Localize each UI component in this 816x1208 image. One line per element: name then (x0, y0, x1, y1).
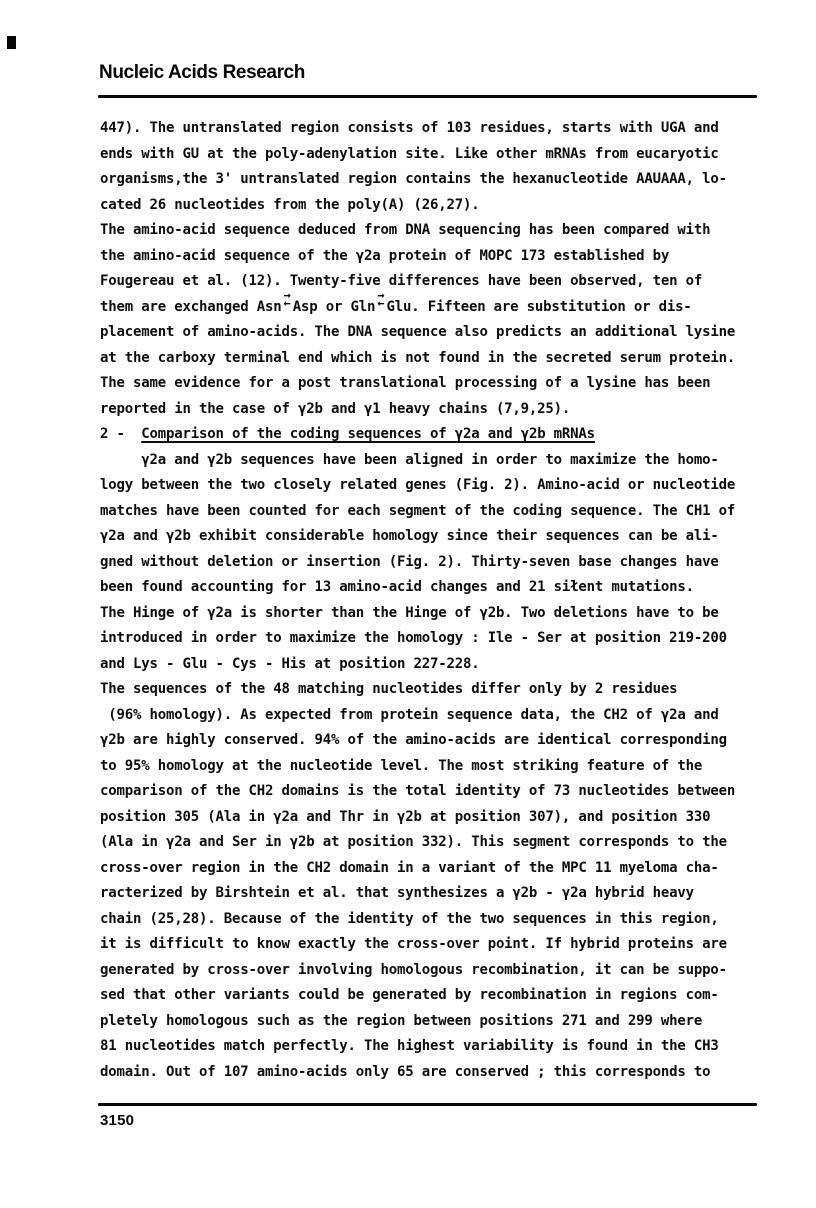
section-heading-title: Comparison of the coding sequences of γ2… (141, 426, 595, 442)
text-segment: organisms,the 3' untranslated region con… (100, 171, 727, 187)
text-segment: comparison of the CH2 domains is the tot… (100, 783, 735, 799)
text-line: the amino-acid sequence of the γ2a prote… (100, 244, 780, 270)
text-segment: matches have been counted for each segme… (100, 503, 735, 519)
text-line: sed that other variants could be generat… (100, 983, 780, 1009)
text-segment: cross-over region in the CH2 domain in a… (100, 860, 719, 876)
text-line: 81 nucleotides match perfectly. The high… (100, 1034, 780, 1060)
text-segment: it is difficult to know exactly the cros… (100, 936, 727, 952)
text-segment: γ2b are highly conserved. 94% of the ami… (100, 732, 727, 748)
text-segment: reported in the case of γ2b and γ1 heavy… (100, 401, 570, 417)
header-rule (98, 95, 757, 98)
text-segment: 81 nucleotides match perfectly. The high… (100, 1038, 719, 1054)
text-segment: 2 - (100, 426, 141, 442)
text-line: reported in the case of γ2b and γ1 heavy… (100, 397, 780, 423)
text-segment: The amino-acid sequence deduced from DNA… (100, 222, 710, 238)
text-line: logy between the two closely related gen… (100, 473, 780, 499)
text-segment: The sequences of the 48 matching nucleot… (100, 681, 677, 697)
text-segment: γ2a and γ2b exhibit considerable homolog… (100, 528, 719, 544)
text-line: 447). The untranslated region consists o… (100, 116, 780, 142)
body-text: 447). The untranslated region consists o… (100, 116, 780, 1085)
text-segment: Glu. Fifteen are substitution or dis- (386, 299, 691, 315)
text-segment: placement of amino-acids. The DNA sequen… (100, 324, 735, 340)
text-segment: ends with GU at the poly-adenylation sit… (100, 146, 719, 162)
text-line: to 95% homology at the nucleotide level.… (100, 754, 780, 780)
page-number: 3150 (100, 1112, 134, 1129)
text-segment: γ2a and γ2b sequences have been aligned … (100, 452, 719, 468)
text-line: racterized by Birshtein et al. that synt… (100, 881, 780, 907)
text-segment: to 95% homology at the nucleotide level.… (100, 758, 702, 774)
text-line: pletely homologous such as the region be… (100, 1009, 780, 1035)
text-line: γ2a and γ2b exhibit considerable homolog… (100, 524, 780, 550)
text-line: ends with GU at the poly-adenylation sit… (100, 142, 780, 168)
text-segment: (96% homology). As expected from protein… (100, 707, 719, 723)
text-segment: Fougereau et al. (12). Twenty-five diffe… (100, 273, 702, 289)
text-line: placement of amino-acids. The DNA sequen… (100, 320, 780, 346)
text-line: γ2a and γ2b sequences have been aligned … (100, 448, 780, 474)
text-segment: the amino-acid sequence of the γ2a prote… (100, 248, 669, 264)
text-line: The sequences of the 48 matching nucleot… (100, 677, 780, 703)
text-segment: position 305 (Ala in γ2a and Thr in γ2b … (100, 809, 710, 825)
text-line: cated 26 nucleotides from the poly(A) (2… (100, 193, 780, 219)
text-segment: chain (25,28). Because of the identity o… (100, 911, 719, 927)
text-line: The amino-acid sequence deduced from DNA… (100, 218, 780, 244)
text-line: organisms,the 3' untranslated region con… (100, 167, 780, 193)
text-segment: logy between the two closely related gen… (100, 477, 735, 493)
text-line: Fougereau et al. (12). Twenty-five diffe… (100, 269, 780, 295)
footer-rule (98, 1103, 757, 1106)
text-segment: been found accounting for 13 amino-acid … (100, 579, 694, 595)
exchange-arrows-icon: →← (283, 291, 290, 307)
text-segment: sed that other variants could be generat… (100, 987, 719, 1003)
journal-title: Nucleic Acids Research (99, 62, 305, 84)
text-segment: (Ala in γ2a and Ser in γ2b at position 3… (100, 834, 727, 850)
text-segment: pletely homologous such as the region be… (100, 1013, 702, 1029)
text-line: chain (25,28). Because of the identity o… (100, 907, 780, 933)
text-line: them are exchanged Asn→←Asp or Gln→←Glu.… (100, 295, 780, 321)
text-segment: Asp or Gln (293, 299, 376, 315)
text-line: cross-over region in the CH2 domain in a… (100, 856, 780, 882)
text-line: and Lys - Glu - Cys - His at position 22… (100, 652, 780, 678)
text-line: it is difficult to know exactly the cros… (100, 932, 780, 958)
text-segment: cated 26 nucleotides from the poly(A) (2… (100, 197, 479, 213)
text-line: γ2b are highly conserved. 94% of the ami… (100, 728, 780, 754)
text-segment: racterized by Birshtein et al. that synt… (100, 885, 694, 901)
text-line: comparison of the CH2 domains is the tot… (100, 779, 780, 805)
text-line: domain. Out of 107 amino-acids only 65 a… (100, 1060, 780, 1086)
text-line: The same evidence for a post translation… (100, 371, 780, 397)
text-line: at the carboxy terminal end which is not… (100, 346, 780, 372)
text-segment: The Hinge of γ2a is shorter than the Hin… (100, 605, 719, 621)
text-line: been found accounting for 13 amino-acid … (100, 575, 780, 601)
text-segment: gned without deletion or insertion (Fig.… (100, 554, 719, 570)
text-segment: at the carboxy terminal end which is not… (100, 350, 735, 366)
text-line: generated by cross-over involving homolo… (100, 958, 780, 984)
text-segment: domain. Out of 107 amino-acids only 65 a… (100, 1064, 710, 1080)
text-segment: them are exchanged Asn (100, 299, 281, 315)
text-segment: introduced in order to maximize the homo… (100, 630, 727, 646)
text-line: (96% homology). As expected from protein… (100, 703, 780, 729)
text-segment: The same evidence for a post translation… (100, 375, 710, 391)
text-line: 2 - Comparison of the coding sequences o… (100, 422, 780, 448)
text-segment: 447). The untranslated region consists o… (100, 120, 719, 136)
text-line: position 305 (Ala in γ2a and Thr in γ2b … (100, 805, 780, 831)
text-line: (Ala in γ2a and Ser in γ2b at position 3… (100, 830, 780, 856)
text-line: matches have been counted for each segme… (100, 499, 780, 525)
text-line: gned without deletion or insertion (Fig.… (100, 550, 780, 576)
text-line: The Hinge of γ2a is shorter than the Hin… (100, 601, 780, 627)
journal-page: Nucleic Acids Research 447). The untrans… (0, 0, 816, 1208)
text-segment: and Lys - Glu - Cys - His at position 22… (100, 656, 479, 672)
scan-artifact-mark (7, 36, 16, 49)
text-line: introduced in order to maximize the homo… (100, 626, 780, 652)
text-segment: generated by cross-over involving homolo… (100, 962, 727, 978)
exchange-arrows-icon: →← (377, 291, 384, 307)
